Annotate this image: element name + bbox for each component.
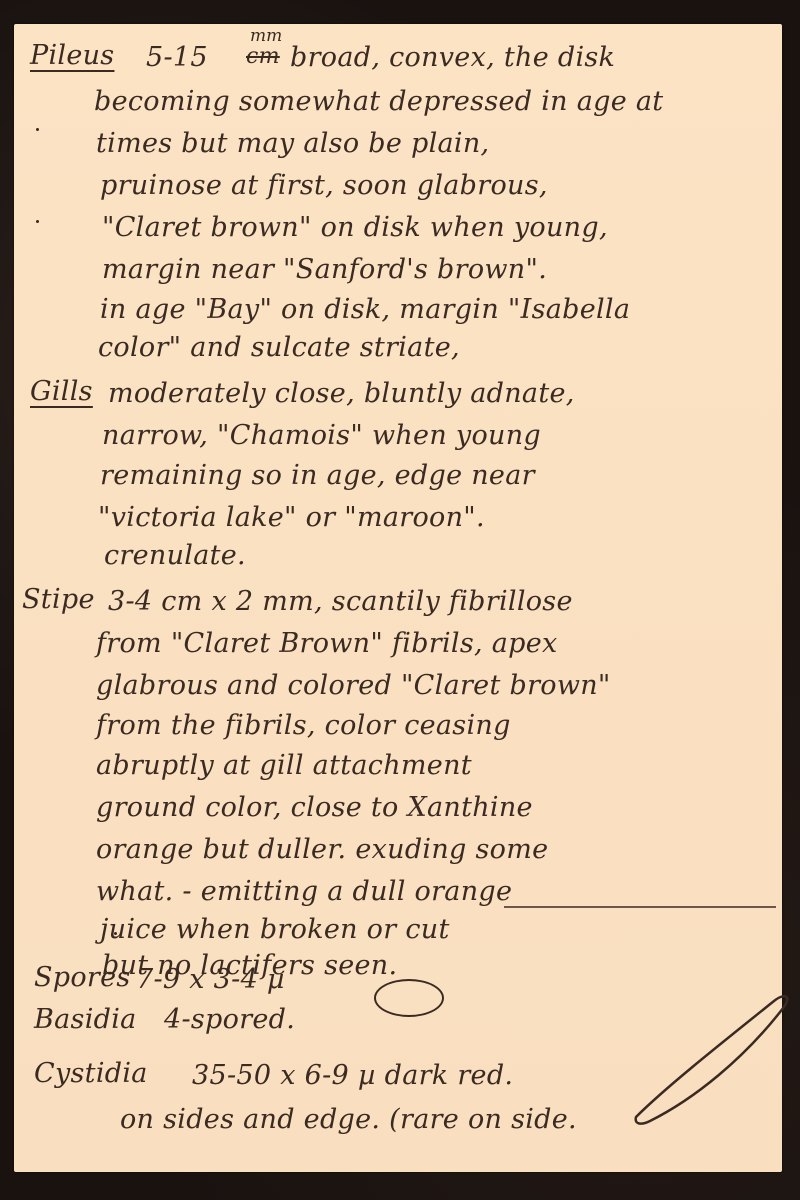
margin-speck bbox=[36, 220, 39, 223]
stipe-line: what. - emitting a dull orange bbox=[96, 876, 512, 907]
gills-line: "victoria lake" or "maroon". bbox=[98, 502, 485, 533]
stipe-line: ground color, close to Xanthine bbox=[96, 792, 533, 823]
spores-label: Spores bbox=[34, 962, 131, 993]
basidia-label: Basidia bbox=[34, 1004, 137, 1035]
cystidia-text: 35-50 x 6-9 µ dark red. bbox=[192, 1060, 513, 1091]
pileus-line: "Claret brown" on disk when young, bbox=[102, 212, 608, 243]
stipe-line: juice when broken or cut bbox=[100, 914, 450, 945]
margin-speck bbox=[36, 128, 39, 131]
index-card: Pileus 5-15 mm cm broad, convex, the dis… bbox=[14, 24, 782, 1172]
gills-line: remaining so in age, edge near bbox=[100, 460, 535, 491]
spores-size: 7-9 x 3-4 µ bbox=[136, 964, 285, 995]
pileus-unit-inserted: mm bbox=[250, 26, 282, 46]
gills-line: crenulate. bbox=[104, 540, 246, 571]
pileus-line: in age "Bay" on disk, margin "Isabella bbox=[100, 294, 630, 325]
stipe-heading: Stipe bbox=[22, 584, 95, 615]
stipe-line: 3-4 cm x 2 mm, scantily fibrillose bbox=[108, 586, 573, 617]
pileus-line: becoming somewhat depressed in age at bbox=[94, 86, 663, 117]
gills-heading: Gills bbox=[30, 376, 93, 407]
pileus-line: color" and sulcate striate, bbox=[98, 332, 460, 363]
pileus-line: margin near "Sanford's brown". bbox=[102, 254, 547, 285]
cystidia-continuation: on sides and edge. (rare on side. bbox=[120, 1104, 577, 1135]
pileus-line: times but may also be plain, bbox=[96, 128, 489, 159]
pileus-unit-struck: cm bbox=[246, 44, 280, 69]
margin-speck bbox=[114, 932, 117, 935]
pileus-heading: Pileus bbox=[30, 40, 114, 71]
stipe-line: from the fibrils, color ceasing bbox=[96, 710, 511, 741]
cystidium-sketch-icon bbox=[624, 989, 800, 1129]
gills-line: narrow, "Chamois" when young bbox=[102, 420, 541, 451]
pileus-line: pruinose at first, soon glabrous, bbox=[100, 170, 548, 201]
cystidia-label: Cystidia bbox=[34, 1058, 148, 1089]
spore-sketch-icon bbox=[374, 979, 444, 1017]
stipe-line: orange but duller. exuding some bbox=[96, 834, 548, 865]
stipe-line: glabrous and colored "Claret brown" bbox=[96, 670, 611, 701]
stipe-line: from "Claret Brown" fibrils, apex bbox=[96, 628, 558, 659]
pileus-line-1-rest: broad, convex, the disk bbox=[290, 42, 615, 73]
dull-orange-underline bbox=[504, 906, 776, 908]
stipe-line: abruptly at gill attachment bbox=[96, 750, 472, 781]
pileus-size: 5-15 bbox=[146, 42, 208, 73]
gills-line: moderately close, bluntly adnate, bbox=[108, 378, 575, 409]
basidia-text: 4-spored. bbox=[164, 1004, 295, 1035]
